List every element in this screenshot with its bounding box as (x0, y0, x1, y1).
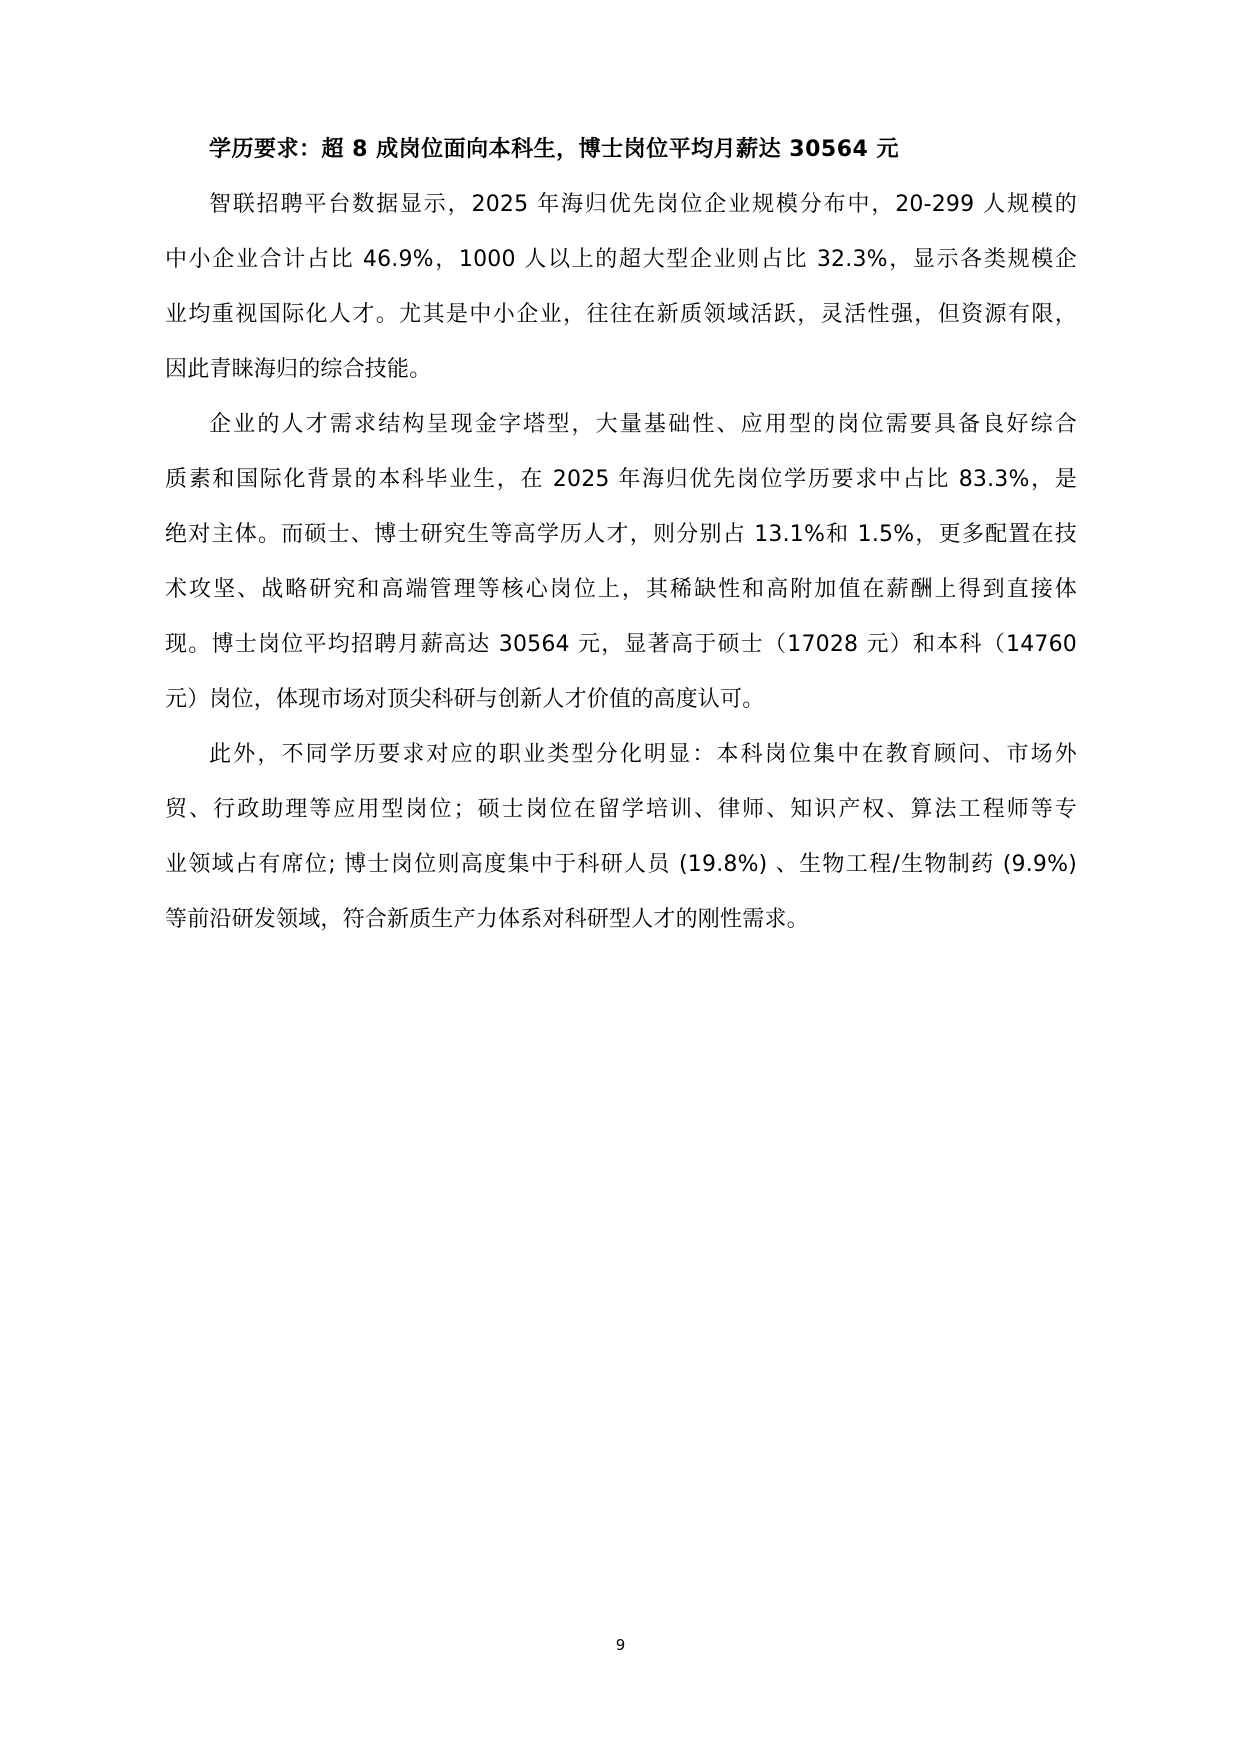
paragraph-line: 中小企业合计占比 46.9%，1000 人以上的超大型企业则占比 32.3%，显… (165, 232, 1077, 287)
paragraph-line: 企业的人才需求结构呈现金字塔型，大量基础性、应用型的岗位需要具备良好综合 (165, 397, 1077, 452)
paragraph-line: 智联招聘平台数据显示，2025 年海归优先岗位企业规模分布中，20-299 人规… (165, 177, 1077, 232)
paragraph-line: 现。博士岗位平均招聘月薪高达 30564 元，显著高于硕士（17028 元）和本… (165, 617, 1077, 672)
paragraph: 此外，不同学历要求对应的职业类型分化明显：本科岗位集中在教育顾问、市场外贸、行政… (165, 727, 1077, 947)
document-page: 学历要求：超 8 成岗位面向本科生，博士岗位平均月薪达 30564 元 智联招聘… (0, 0, 1241, 1754)
paragraph-line: 等前沿研发领域，符合新质生产力体系对科研型人才的刚性需求。 (165, 892, 1077, 947)
paragraph-line: 绝对主体。而硕士、博士研究生等高学历人才，则分别占 13.1%和 1.5%，更多… (165, 507, 1077, 562)
paragraph-line: 术攻坚、战略研究和高端管理等核心岗位上，其稀缺性和高附加值在薪酬上得到直接体 (165, 562, 1077, 617)
section-heading: 学历要求：超 8 成岗位面向本科生，博士岗位平均月薪达 30564 元 (165, 122, 1077, 177)
text-content: 学历要求：超 8 成岗位面向本科生，博士岗位平均月薪达 30564 元 智联招聘… (165, 122, 1077, 947)
paragraph-line: 此外，不同学历要求对应的职业类型分化明显：本科岗位集中在教育顾问、市场外 (165, 727, 1077, 782)
paragraph: 企业的人才需求结构呈现金字塔型，大量基础性、应用型的岗位需要具备良好综合质素和国… (165, 397, 1077, 727)
paragraph-line: 贸、行政助理等应用型岗位；硕士岗位在留学培训、律师、知识产权、算法工程师等专 (165, 782, 1077, 837)
paragraph-line: 因此青睐海归的综合技能。 (165, 342, 1077, 397)
paragraph-line: 质素和国际化背景的本科毕业生，在 2025 年海归优先岗位学历要求中占比 83.… (165, 452, 1077, 507)
paragraph: 智联招聘平台数据显示，2025 年海归优先岗位企业规模分布中，20-299 人规… (165, 177, 1077, 397)
page-number: 9 (0, 1636, 1241, 1654)
paragraph-line: 元）岗位，体现市场对顶尖科研与创新人才价值的高度认可。 (165, 672, 1077, 727)
body-paragraphs: 智联招聘平台数据显示，2025 年海归优先岗位企业规模分布中，20-299 人规… (165, 177, 1077, 947)
paragraph-line: 业均重视国际化人才。尤其是中小企业，往往在新质领域活跃，灵活性强，但资源有限， (165, 287, 1077, 342)
paragraph-line: 业领域占有席位; 博士岗位则高度集中于科研人员 (19.8%) 、生物工程/生物… (165, 837, 1077, 892)
